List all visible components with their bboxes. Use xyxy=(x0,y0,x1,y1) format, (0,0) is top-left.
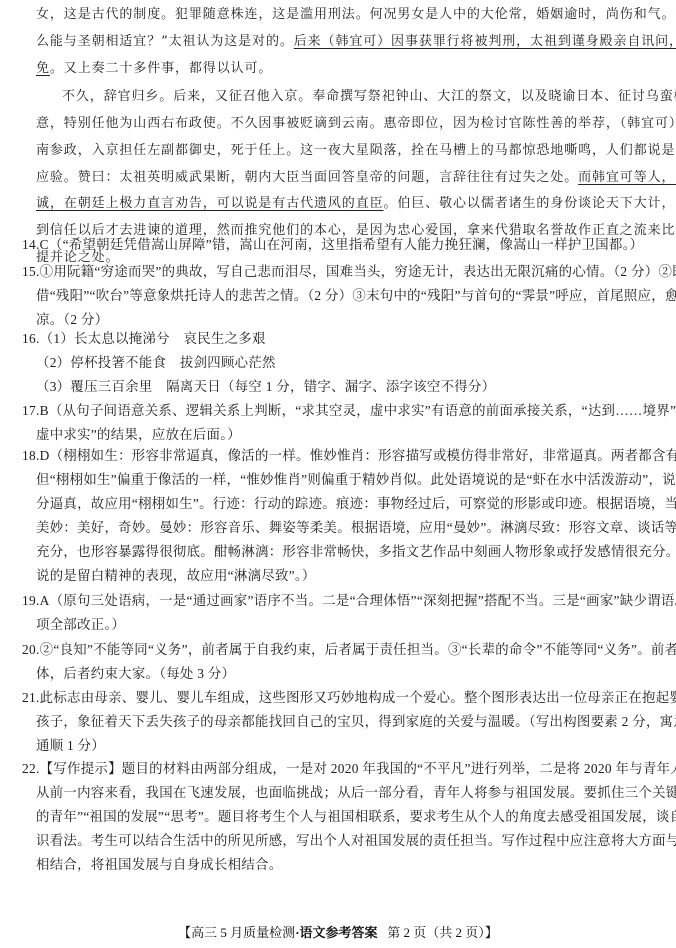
answer-text: 体，后者约束大家。（每处 3 分） xyxy=(36,666,235,681)
answer-key-page: 女，这是古代的制度。犯罪随意株连，这是滥用刑法。何况男女是人中的大伦常，婚姻逾时… xyxy=(0,0,676,948)
translation-line: 么能与圣朝相适宜？”太祖认为这是对的。后来（韩宜可）因事获罪行将被判刑，太祖到谨… xyxy=(36,33,676,51)
bracket-open: 【 xyxy=(178,925,191,940)
answer-text: C（“希望朝廷凭借嵩山屏障”错，嵩山在河南，这里指希望有人能力挽狂澜，像嵩山一样… xyxy=(40,237,644,252)
answer-text: 借“残阳”“吹台”等意象烘托诗人的悲苦之情。（2 分）③末句中的“残阳”与首句的… xyxy=(36,288,676,303)
text: 南参政，入京担任左副都御史，死于任上。这一夜大星陨落，拴在马槽上的马都惊恐地嘶鸣… xyxy=(36,143,676,158)
answer-line: 充分，也形容暴露得很彻底。酣畅淋漓：形容非常畅快，多指文艺作品中刻画人物形象或抒… xyxy=(36,543,676,561)
translation-line: 诚，在朝廷上极力直言劝告，可以说是有古代遗风的直臣。伯巨、敬心以儒者诸生的身份谈… xyxy=(36,195,676,213)
text: 应验。赞曰：太祖英明威武果断，朝内大臣当面回答皇帝的问题，言辞往往有过失之处。 xyxy=(36,170,578,185)
answer-line: 相结合，将祖国发展与自身成长相结合。 xyxy=(36,856,282,874)
question-number: 21. xyxy=(22,689,40,707)
question-number: 18. xyxy=(22,447,40,465)
answer-line: 项全部改正。） xyxy=(36,616,125,634)
answer-text: ②“良知”不能等同“义务”，前者属于自我约束，后者属于责任担当。③“长辈的命令”… xyxy=(40,642,676,657)
answer-line: 分逼真，故应用“栩栩如生”。行迹：行动的踪迹。痕迹：事物经过后，可察觉的形影或印… xyxy=(36,495,676,513)
answer-line: 虚中求实”的结果，应放在后面。） xyxy=(36,426,241,444)
answer-text: D（栩栩如生：形容非常逼真，像活的一样。惟妙惟肖：形容描写或模仿得非常好，非常逼… xyxy=(40,448,676,463)
answer-text: 虚中求实”的结果，应放在后面。） xyxy=(36,427,241,442)
answer-text: （1）长太息以掩涕兮 哀民生之多艰 xyxy=(40,331,266,346)
answer-line: 19.A（原句三处语病，一是“通过画家”语序不当。二是“合理体悟”“深刻把握”搭… xyxy=(22,592,676,610)
answer-line: 18.D（栩栩如生：形容非常逼真，像活的一样。惟妙惟肖：形容描写或模仿得非常好，… xyxy=(22,447,676,465)
answer-line: 通顺 1 分） xyxy=(36,737,105,755)
answer-text: 说的是留白精神的表现，故应用“淋漓尽致”。） xyxy=(36,568,316,583)
page-footer: 【高三 5 月质量检测·语文参考答案 第 2 页（共 2 页）】 xyxy=(0,922,676,941)
underlined-text: 而韩宜可等人，心怀朴实真 xyxy=(578,170,676,185)
answer-text: ①用阮籍“穷途而哭”的典故，写自己悲而泪尽，国难当头，穷途无计，表达出无限沉痛的… xyxy=(40,264,676,279)
translation-line: 南参政，入京担任左副都御史，死于任上。这一夜大星陨落，拴在马槽上的马都惊恐地嘶鸣… xyxy=(36,142,676,160)
answer-line: 从前一内容来看，我国在飞速发展，也面临挑战；从后一部分看，青年人将参与祖国发展。… xyxy=(36,784,676,802)
underlined-text: 诚，在朝廷上极力直言劝告，可以说是有古代遗风的直臣 xyxy=(36,196,384,211)
text: 。伯巨、敬心以儒者诸生的身份谈论天下大计，虽然违背了得 xyxy=(384,196,676,211)
answer-text: B（从句子间语意关系、逻辑关系上判断，“求其空灵，虚中求实”有语意的前面承接关系… xyxy=(40,403,676,418)
answer-line: 15.①用阮籍“穷途而哭”的典故，写自己悲而泪尽，国难当头，穷途无计，表达出无限… xyxy=(22,263,676,281)
question-number: 14. xyxy=(22,236,40,254)
answer-text: 项全部改正。） xyxy=(36,617,125,632)
answer-line: 但“栩栩如生”偏重于像活的一样，“惟妙惟肖”则偏重于精妙肖似。此处语境说的是“虾… xyxy=(36,471,676,489)
answer-text: 此标志由母亲、婴儿、婴儿车组成，这些图形又巧妙地构成一个爱心。整个图形表达出一位… xyxy=(40,690,676,705)
answer-line: 借“残阳”“吹台”等意象烘托诗人的悲苦之情。（2 分）③末句中的“残阳”与首句的… xyxy=(36,287,676,305)
underlined-text: 免 xyxy=(36,61,50,76)
translation-line: 免。又上奏二十多件事，都得以认可。 xyxy=(36,60,272,78)
question-number: 17. xyxy=(22,402,40,420)
text: 意，特别任他为山西右布政使。不久因事被贬谪到云南。惠帝即位，因为检讨官陈性善的举… xyxy=(36,116,676,131)
answer-text: 识看法。考生可以结合生活中的所见所感，写出个人对祖国发展的责任担当。写作过程中应… xyxy=(36,833,676,848)
question-number: 15. xyxy=(22,263,40,281)
underlined-text: 后来（韩宜可）因事获罪行将被判刑，太祖到谨身殿亲自讯问，他得到了赦 xyxy=(294,34,676,49)
answer-line: （3）覆压三百余里 隔离天日（每空 1 分，错字、漏字、添字该空不得分） xyxy=(36,378,495,396)
answer-text: 充分，也形容暴露得很彻底。酣畅淋漓：形容非常畅快，多指文艺作品中刻画人物形象或抒… xyxy=(36,544,676,559)
answer-line: 20.②“良知”不能等同“义务”，前者属于自我约束，后者属于责任担当。③“长辈的… xyxy=(22,641,676,659)
doc-title: 语文参考答案 xyxy=(300,925,378,940)
text: 。又上奏二十多件事，都得以认可。 xyxy=(50,61,272,76)
answer-text: 但“栩栩如生”偏重于像活的一样，“惟妙惟肖”则偏重于精妙肖似。此处语境说的是“虾… xyxy=(36,472,676,487)
question-number: 22. xyxy=(22,760,40,778)
answer-text: 孩子，象征着天下丢失孩子的母亲都能找回自己的宝贝，得到家庭的关爱与温暖。（写出构… xyxy=(36,714,676,729)
answer-line: 识看法。考生可以结合生活中的所见所感，写出个人对祖国发展的责任担当。写作过程中应… xyxy=(36,832,676,850)
question-number: 20. xyxy=(22,641,40,659)
text: 女，这是古代的制度。犯罪随意株连，这是滥用刑法。何况男女是人中的大伦常，婚姻逾时… xyxy=(36,7,676,22)
answer-line: 体，后者约束大家。（每处 3 分） xyxy=(36,665,235,683)
translation-line: 意，特别任他为山西右布政使。不久因事被贬谪到云南。惠帝即位，因为检讨官陈性善的举… xyxy=(36,115,676,133)
answer-text: 【写作提示】题目的材料由两部分组成，一是对 2020 年我国的“不平凡”进行列举… xyxy=(40,761,676,776)
text: 么能与圣朝相适宜？”太祖认为这是对的。 xyxy=(36,34,294,49)
answer-line: 的青年”“祖国的发展”“思考”。题目将考生个人与祖国相联系，要求考生从个人的角度… xyxy=(36,808,676,826)
page-number: 第 2 页（共 2 页） xyxy=(387,925,485,940)
answer-text: 的青年”“祖国的发展”“思考”。题目将考生个人与祖国相联系，要求考生从个人的角度… xyxy=(36,809,676,824)
answer-line: 21.此标志由母亲、婴儿、婴儿车组成，这些图形又巧妙地构成一个爱心。整个图形表达… xyxy=(22,689,676,707)
answer-text: （2）停杯投箸不能食 拔剑四顾心茫然 xyxy=(36,355,276,370)
answer-line: 17.B（从句子间语意关系、逻辑关系上判断，“求其空灵，虚中求实”有语意的前面承… xyxy=(22,402,676,420)
translation-line: 不久，辞官归乡。后来，又征召他入京。奉命撰写祭祀钟山、大江的祭文，以及晓谕日本、… xyxy=(62,88,676,106)
translation-line: 女，这是古代的制度。犯罪随意株连，这是滥用刑法。何况男女是人中的大伦常，婚姻逾时… xyxy=(36,6,676,24)
question-number: 19. xyxy=(22,592,40,610)
answer-line: 孩子，象征着天下丢失孩子的母亲都能找回自己的宝贝，得到家庭的关爱与温暖。（写出构… xyxy=(36,713,676,731)
answer-text: A（原句三处语病，一是“通过画家”语序不当。二是“合理体悟”“深刻把握”搭配不当… xyxy=(40,593,676,608)
answer-text: 通顺 1 分） xyxy=(36,738,105,753)
text: 不久，辞官归乡。后来，又征召他入京。奉命撰写祭祀钟山、大江的祭文，以及晓谕日本、… xyxy=(62,89,676,104)
answer-line: 22.【写作提示】题目的材料由两部分组成，一是对 2020 年我国的“不平凡”进… xyxy=(22,760,676,778)
answer-text: （3）覆压三百余里 隔离天日（每空 1 分，错字、漏字、添字该空不得分） xyxy=(36,379,495,394)
answer-text: 分逼真，故应用“栩栩如生”。行迹：行动的踪迹。痕迹：事物经过后，可察觉的形影或印… xyxy=(36,496,676,511)
answer-line: （2）停杯投箸不能食 拔剑四顾心茫然 xyxy=(36,354,276,372)
answer-text: 从前一内容来看，我国在飞速发展，也面临挑战；从后一部分看，青年人将参与祖国发展。… xyxy=(36,785,676,800)
question-number: 16. xyxy=(22,330,40,348)
translation-line: 应验。赞曰：太祖英明威武果断，朝内大臣当面回答皇帝的问题，言辞往往有过失之处。而… xyxy=(36,169,676,187)
answer-line: 说的是留白精神的表现，故应用“淋漓尽致”。） xyxy=(36,567,316,585)
answer-line: 凉。（2 分） xyxy=(36,311,108,329)
answer-text: 相结合，将祖国发展与自身成长相结合。 xyxy=(36,857,282,872)
answer-line: 美妙：美好，奇妙。曼妙：形容音乐、舞姿等柔美。根据语境，应用“曼妙”。淋漓尽致：… xyxy=(36,519,676,537)
answer-line: 16.（1）长太息以掩涕兮 哀民生之多艰 xyxy=(22,330,266,348)
answer-text: 凉。（2 分） xyxy=(36,312,108,327)
answer-line: 14.C（“希望朝廷凭借嵩山屏障”错，嵩山在河南，这里指希望有人能力挽狂澜，像嵩… xyxy=(22,236,643,254)
exam-name: 高三 5 月质量检测 xyxy=(191,925,295,940)
bracket-close: 】 xyxy=(485,925,498,940)
answer-text: 美妙：美好，奇妙。曼妙：形容音乐、舞姿等柔美。根据语境，应用“曼妙”。淋漓尽致：… xyxy=(36,520,676,535)
